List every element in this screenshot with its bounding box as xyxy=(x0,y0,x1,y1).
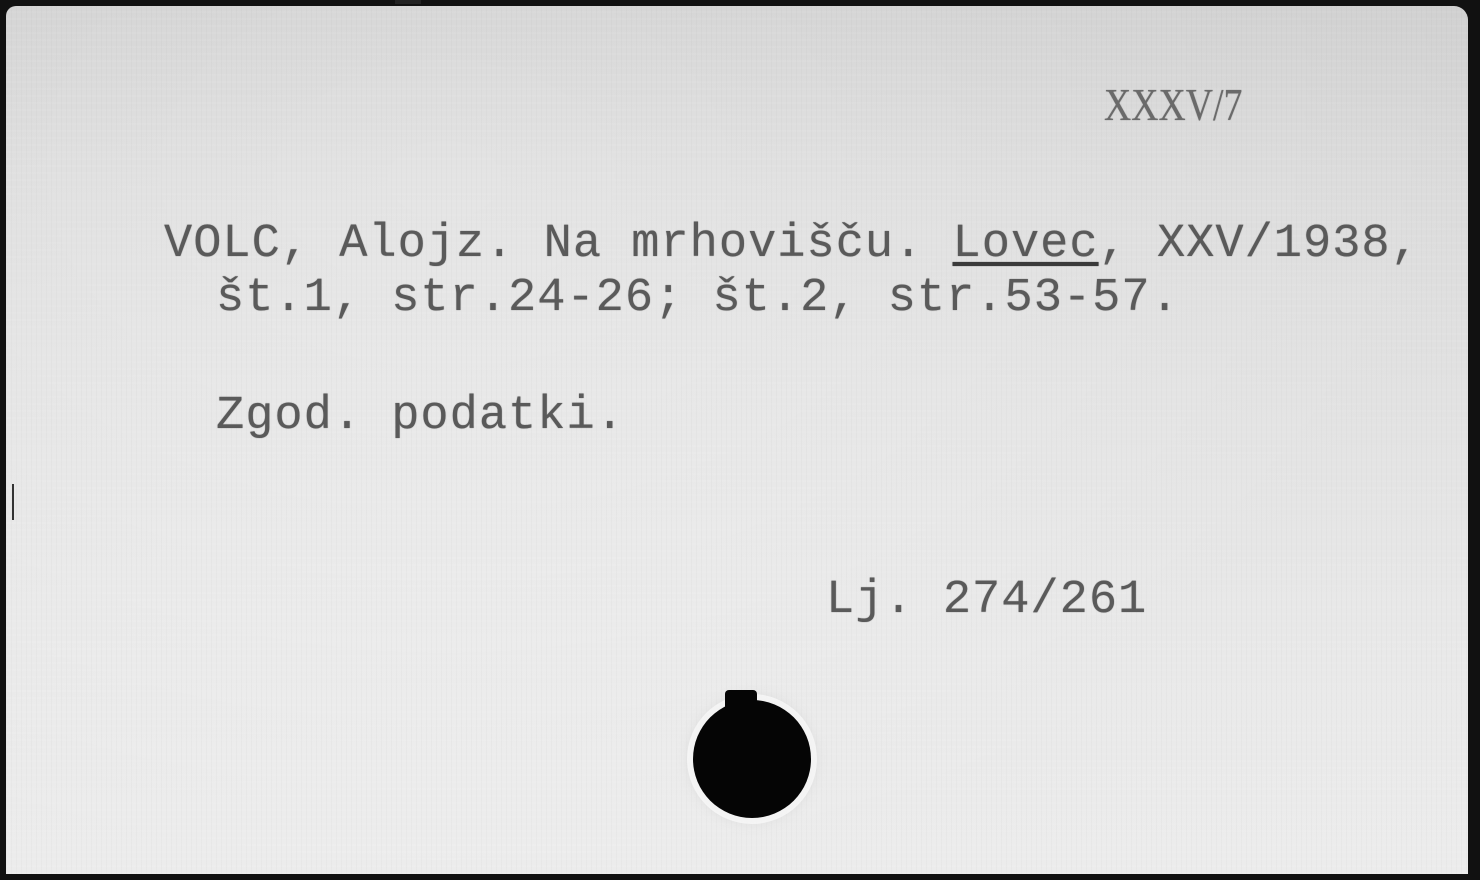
punch-hole xyxy=(693,700,811,818)
entry-line-2-issues-pages: št.1, str.24-26; št.2, str.53-57. xyxy=(216,272,1180,325)
entry-author-title: VOLC, Alojz. Na mrhovišču. xyxy=(164,218,953,271)
edge-mark xyxy=(12,484,14,520)
entry-note: Zgod. podatki. xyxy=(216,390,625,443)
shelfmark: XXXV/7 xyxy=(1104,78,1242,131)
catalog-card: XXXV/7 VOLC, Alojz. Na mrhovišču. Lovec,… xyxy=(6,6,1468,874)
scanned-image: XXXV/7 VOLC, Alojz. Na mrhovišču. Lovec,… xyxy=(0,0,1480,880)
entry-volume-year: , XXV/1938, xyxy=(1099,218,1420,271)
location-number: Lj. 274/261 xyxy=(826,574,1147,627)
scan-artifact xyxy=(395,0,421,4)
entry-line-1: VOLC, Alojz. Na mrhovišču. Lovec, XXV/19… xyxy=(164,218,1420,271)
journal-title: Lovec xyxy=(953,218,1099,271)
